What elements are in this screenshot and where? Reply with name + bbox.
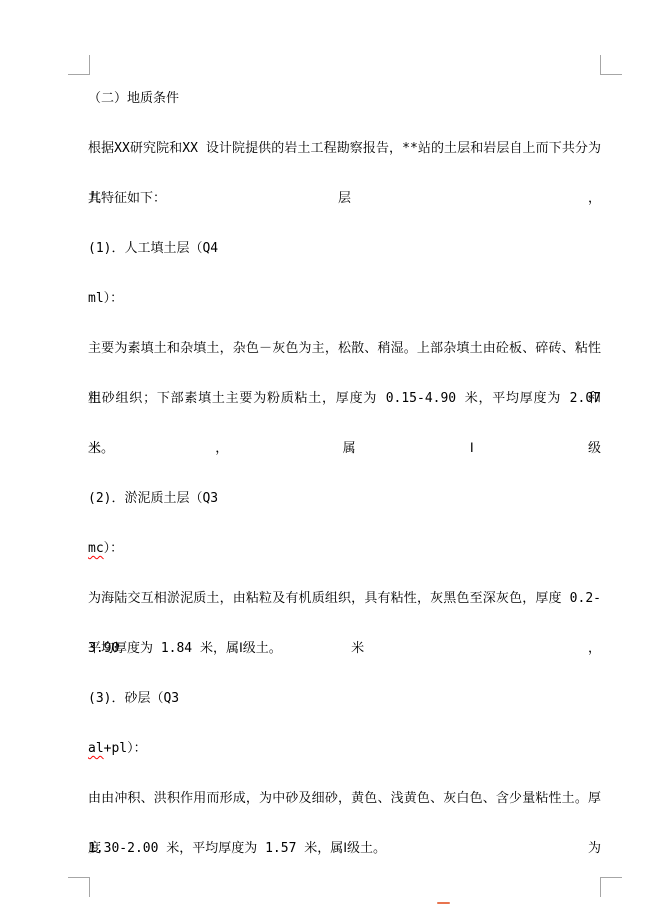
text-segment: 粗砂组织；下部素填土主要为粉质粘土，厚度为 0.15-4.90 米，平均厚度为 … xyxy=(88,391,601,456)
text-segment: 其特征如下： xyxy=(88,191,166,206)
text-line: ml）： xyxy=(88,274,601,324)
text-line: al+pl）： xyxy=(88,724,601,774)
text-segment: ml）： xyxy=(88,291,123,306)
text-line: mc）： xyxy=(88,524,601,574)
section-heading: （二）地质条件 xyxy=(88,74,601,124)
misspelled-word: mc xyxy=(88,541,104,556)
text-boundary-mark-bottom-right xyxy=(600,877,622,897)
text-line: 为海陆交互相淤泥质土，由粘粒及有机质组织，具有粘性，灰黑色至深灰色，厚度 0.2… xyxy=(88,574,601,624)
text-boundary-mark-top-left xyxy=(68,55,90,75)
text-boundary-mark-top-right xyxy=(600,55,622,75)
text-segment: 1.30-2.00 米，平均厚度为 1.57 米，属Ⅰ级土。 xyxy=(88,841,386,856)
text-line: 粗砂组织；下部素填土主要为粉质粘土，厚度为 0.15-4.90 米，平均厚度为 … xyxy=(88,374,601,424)
text-segment: (2)．淤泥质土层（Q3 xyxy=(88,491,218,506)
text-segment: (3)．砂层（Q3 xyxy=(88,691,179,706)
stray-red-mark xyxy=(437,902,450,904)
text-line: (3)．砂层（Q3 xyxy=(88,674,601,724)
text-segment: (1)．人工填土层（Q4 xyxy=(88,241,218,256)
text-segment: 平均厚度为 1.84 米，属Ⅰ级土。 xyxy=(88,641,282,656)
text-line: (1)．人工填土层（Q4 xyxy=(88,224,601,274)
text-line: 主要为素填土和杂填土，杂色－灰色为主，松散、稍湿。上部杂填土由砼板、碎砖、粘性土… xyxy=(88,324,601,374)
text-line: (2)．淤泥质土层（Q3 xyxy=(88,474,601,524)
document-text-area[interactable]: （二）地质条件根据XX研究院和XX 设计院提供的岩土工程勘察报告，**站的土层和… xyxy=(88,74,601,874)
text-line: 由由冲积、洪积作用而形成，为中砂及细砂，黄色、浅黄色、灰白色、含少量粘性土。厚度… xyxy=(88,774,601,824)
misspelled-word: al xyxy=(88,741,104,756)
text-segment: +pl）： xyxy=(104,741,147,756)
text-segment: 土。 xyxy=(88,441,114,456)
text-segment: （二）地质条件 xyxy=(88,91,179,106)
word-document-page: （二）地质条件根据XX研究院和XX 设计院提供的岩土工程勘察报告，**站的土层和… xyxy=(0,0,661,905)
text-line: 根据XX研究院和XX 设计院提供的岩土工程勘察报告，**站的土层和岩层自上而下共… xyxy=(88,124,601,174)
text-segment: ）： xyxy=(104,541,124,556)
text-boundary-mark-bottom-left xyxy=(68,877,90,897)
